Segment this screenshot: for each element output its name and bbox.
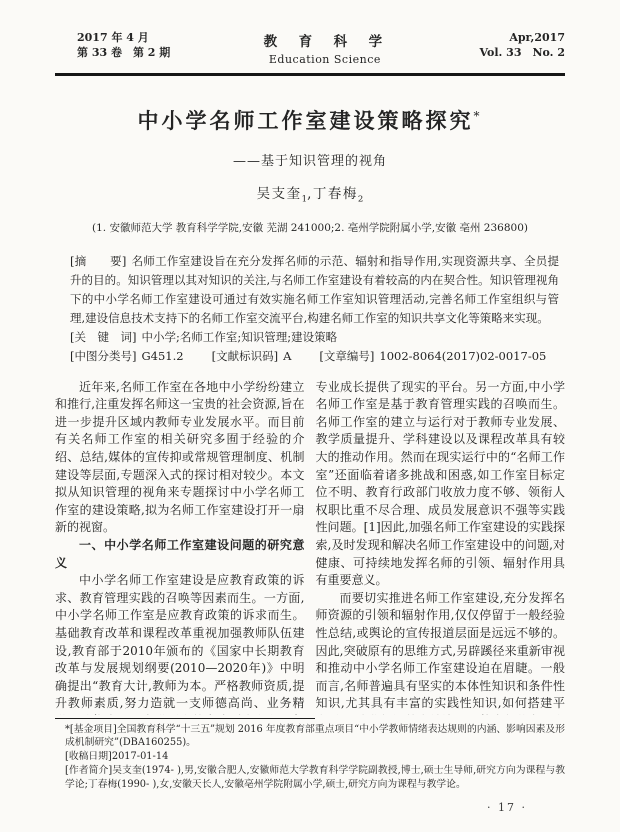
affiliation-line: (1. 安徽师范大学 教育科学学院,安徽 芜湖 241000;2. 亳州学院附属…	[55, 220, 565, 235]
authors-line: 吴支奎1,丁春梅2	[55, 182, 565, 205]
journal-volume-en: Vol. 33 No. 2	[479, 45, 565, 60]
article-subtitle: ——基于知识管理的视角	[55, 150, 565, 169]
journal-date-cn: 2017 年 4 月	[77, 30, 170, 45]
clc-label: [中图分类号]	[70, 349, 136, 363]
clc-value: G451.2	[141, 349, 183, 363]
journal-header: 2017 年 4 月 第 33 卷 第 2 期 教 育 科 学 Educatio…	[55, 30, 565, 66]
article-title: 中小学名师工作室建设策略探究*	[55, 105, 565, 135]
journal-date-en: Apr,2017	[479, 30, 565, 45]
doc-code-label: [文献标识码]	[212, 349, 278, 363]
left-column: 近年来,名师工作室在各地中小学纷纷建立和推行,注重发挥名师这一宝贵的社会资源,旨…	[55, 379, 305, 715]
abstract-text: 名师工作室建设旨在充分发挥名师的示范、辐射和指导作用,实现资源共享、全员提升的目…	[70, 254, 559, 325]
journal-name-cn: 教 育 科 学	[264, 30, 387, 50]
journal-issue-info-en: Apr,2017 Vol. 33 No. 2	[479, 30, 565, 60]
footnote-divider	[55, 718, 315, 719]
page-footer: *[基金项目]全国教育科学“十三五”规划 2016 年度教育部重点项目“中小学教…	[55, 718, 565, 814]
body-paragraph-continuation: 专业成长提供了现实的平台。另一方面,中小学名师工作室是基于教育管理实践的召唤而生…	[316, 379, 566, 590]
author-2-name: 丁春梅	[313, 186, 358, 202]
keywords-block: [关 键 词]中小学;名师工作室;知识管理;建设策略	[70, 328, 559, 347]
right-column: 专业成长提供了现实的平台。另一方面,中小学名师工作室是基于教育管理实践的召唤而生…	[316, 379, 566, 715]
article-body: 近年来,名师工作室在各地中小学纷纷建立和推行,注重发挥名师这一宝贵的社会资源,旨…	[55, 379, 565, 715]
keywords-label: [关 键 词]	[70, 330, 136, 344]
abstract-block: [摘 要]名师工作室建设旨在充分发挥名师的示范、辐射和指导作用,实现资源共享、全…	[70, 252, 559, 328]
journal-page: 2017 年 4 月 第 33 卷 第 2 期 教 育 科 学 Educatio…	[0, 0, 620, 832]
article-id-value: 1002-8064(2017)02-0017-05	[379, 349, 546, 363]
body-paragraph: 中小学名师工作室建设是应教育政策的诉求、教育管理实践的召唤等因素而生。一方面,中…	[55, 572, 305, 714]
section-heading: 一、中小学名师工作室建设问题的研究意义	[55, 537, 305, 572]
journal-name-block: 教 育 科 学 Education Science	[264, 30, 387, 66]
article-meta: [摘 要]名师工作室建设旨在充分发挥名师的示范、辐射和指导作用,实现资源共享、全…	[70, 252, 559, 366]
journal-name-en: Education Science	[264, 53, 387, 66]
author-2-affiliation-number: 2	[358, 195, 363, 205]
abstract-label: [摘 要]	[70, 254, 126, 268]
title-footnote-marker: *	[474, 109, 483, 123]
journal-volume-cn: 第 33 卷 第 2 期	[77, 45, 170, 60]
doc-code-value: A	[283, 349, 291, 363]
journal-issue-info-cn: 2017 年 4 月 第 33 卷 第 2 期	[55, 30, 170, 60]
author-1-name: 吴支奎	[257, 186, 302, 202]
page-number: · 17 ·	[55, 801, 565, 814]
body-paragraph: 而要切实推进名师工作室建设,充分发挥名师资源的引领和辐射作用,仅仅停留于一般经验…	[316, 590, 566, 715]
footnote-received-date: [收稿日期]2017-01-14	[65, 750, 565, 764]
keywords-text: 中小学;名师工作室;知识管理;建设策略	[141, 330, 337, 344]
article-id-label: [文章编号]	[319, 349, 374, 363]
body-paragraph: 近年来,名师工作室在各地中小学纷纷建立和推行,注重发挥名师这一宝贵的社会资源,旨…	[55, 379, 305, 537]
article-title-text: 中小学名师工作室建设策略探究	[138, 108, 474, 133]
classification-block: [中图分类号]G451.2[文献标识码]A[文章编号]1002-8064(201…	[70, 347, 559, 366]
header-rule	[55, 73, 565, 76]
footnote-fund-project: *[基金项目]全国教育科学“十三五”规划 2016 年度教育部重点项目“中小学教…	[65, 723, 565, 751]
footnote-author-bio: [作者简介]吴支奎(1974- ),男,安徽合肥人,安徽师范大学教育科学学院副教…	[65, 764, 565, 792]
